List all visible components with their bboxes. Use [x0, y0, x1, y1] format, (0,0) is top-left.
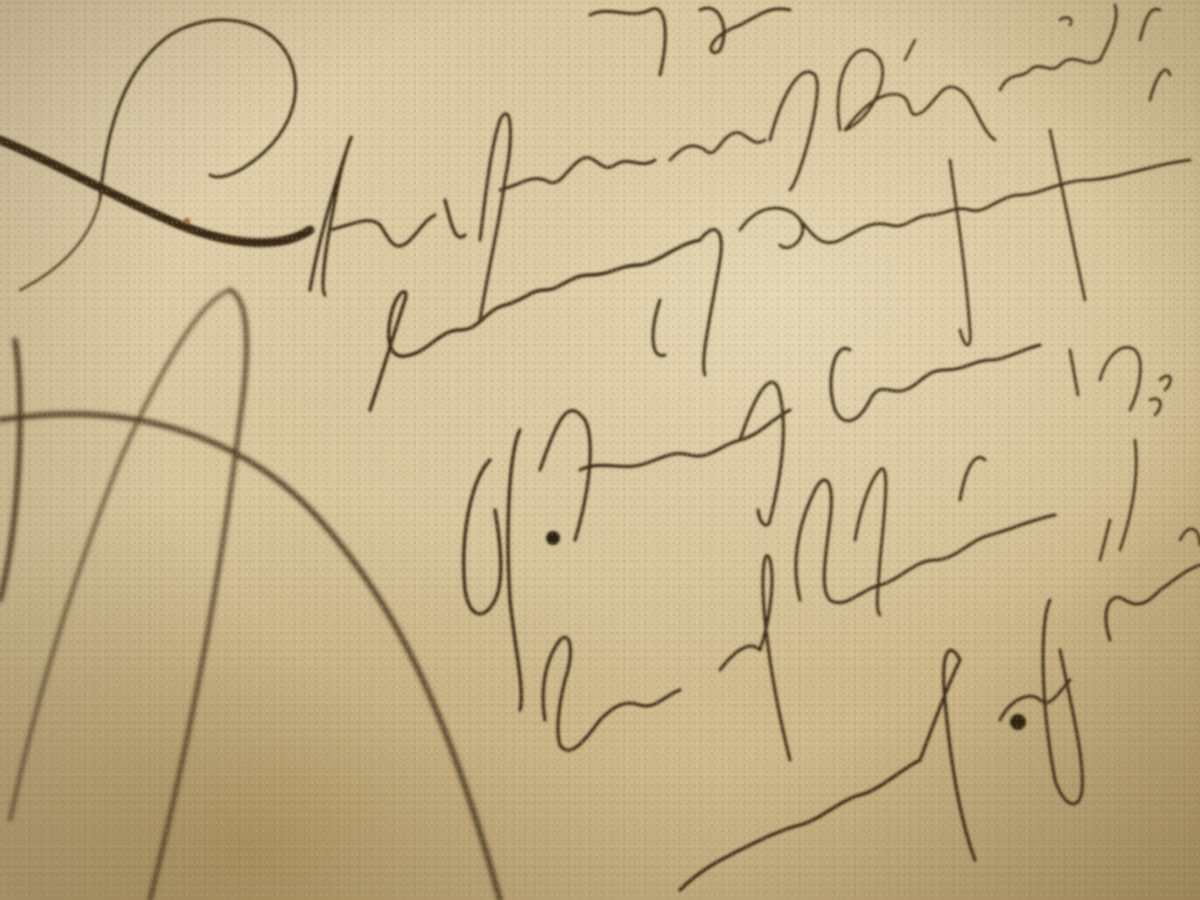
handwriting-ink [0, 0, 1200, 900]
manuscript-photo: Aged parchment-colored paper with brown-… [0, 0, 1200, 900]
handwriting-lines [310, 5, 1200, 890]
flourish-lower-left [0, 290, 500, 900]
flourish-upper-left [0, 20, 310, 290]
